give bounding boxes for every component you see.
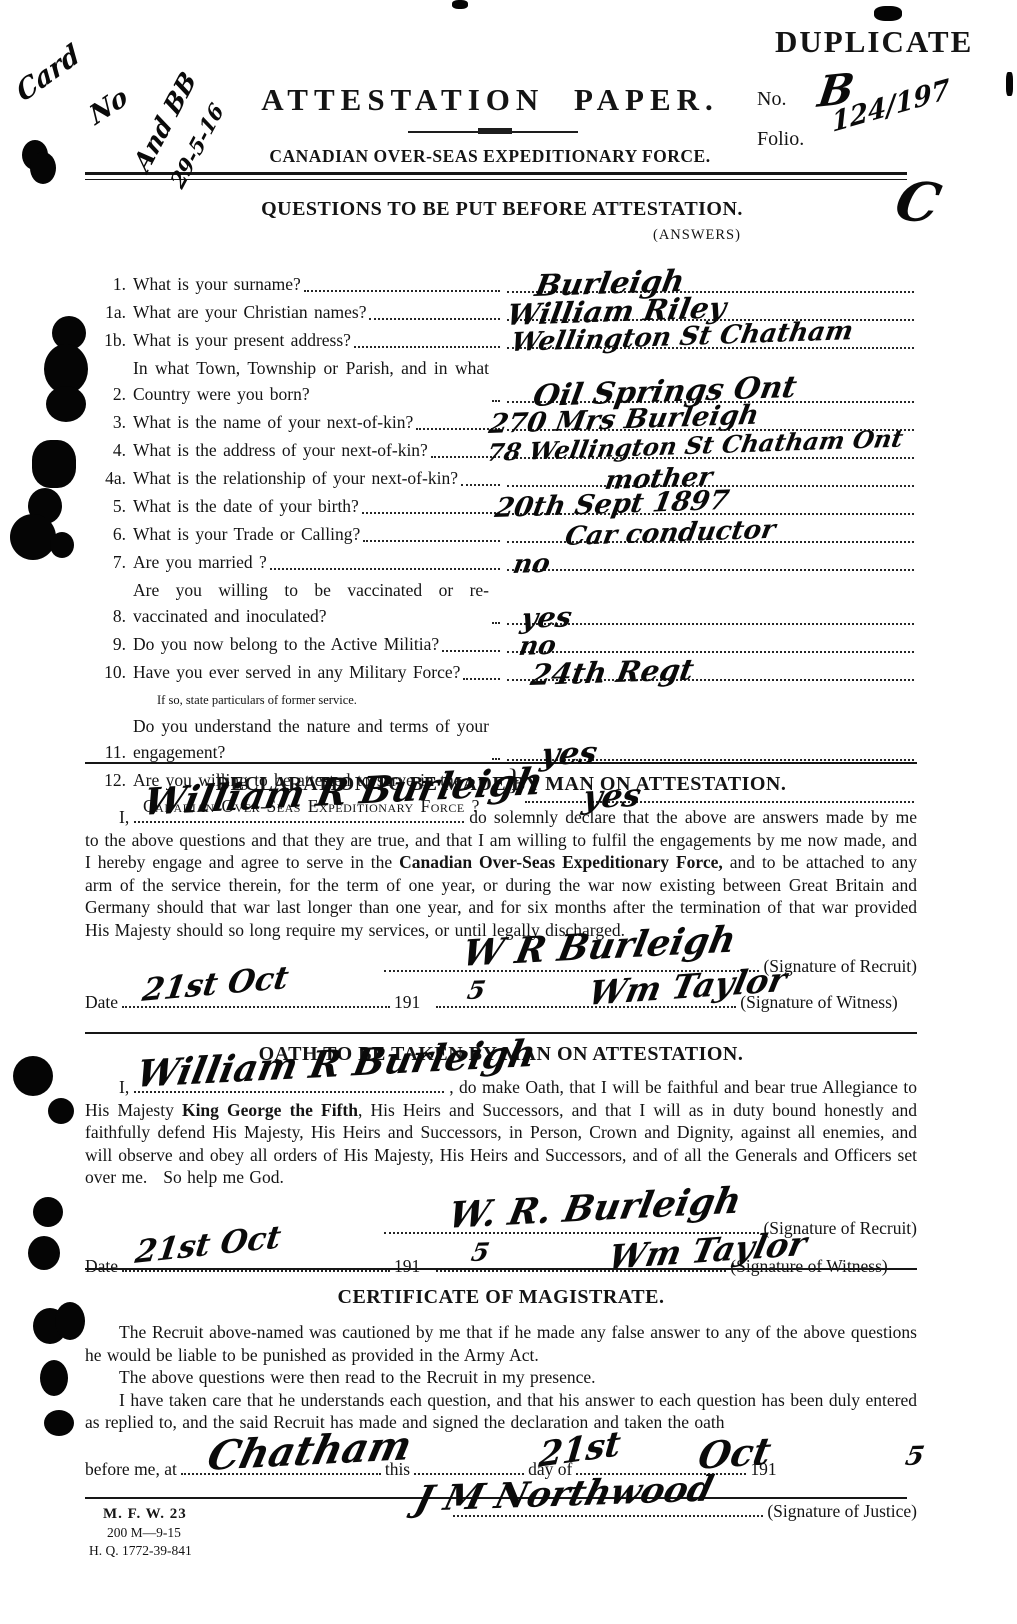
- magistrate-p2: The above questions were then read to th…: [85, 1366, 917, 1389]
- magistrate-section: CERTIFICATE OF MAGISTRATE. The Recruit a…: [85, 1268, 917, 1522]
- print-run-code: 200 M—9-15: [107, 1525, 907, 1541]
- question-number: 6.: [88, 521, 133, 547]
- place-date-row: before me, at this day of 191 Chatham 21…: [85, 1440, 917, 1480]
- year-handwritten: 5: [465, 975, 488, 1005]
- oath-bold: King George the Fifth: [182, 1100, 358, 1120]
- dotted-leader: [492, 400, 500, 402]
- answer-handwritten: no: [517, 633, 558, 660]
- question-number: 5.: [88, 493, 133, 519]
- folio-label: Folio.: [757, 128, 804, 151]
- question-number: 8.: [88, 603, 133, 629]
- magistrate-p1: The Recruit above-named was cautioned by…: [85, 1321, 917, 1366]
- ink-blot: [874, 6, 902, 21]
- hq-code: H. Q. 1772-39-841: [89, 1543, 907, 1559]
- page-title: ATTESTATION PAPER.: [261, 82, 719, 117]
- question-text: What are your Christian names?: [133, 299, 366, 325]
- dotted-leader: [363, 540, 500, 542]
- year-handwritten: 5: [469, 1237, 492, 1267]
- question-text: Do you now belong to the Active Militia?: [133, 631, 439, 657]
- answer-handwritten: Car conductor: [563, 517, 777, 550]
- year-print: 191: [394, 992, 420, 1013]
- title-ornament-bar: [478, 128, 512, 134]
- answer-handwritten: yes: [539, 740, 599, 768]
- question-row: 10. Have you ever served in any Military…: [88, 659, 916, 711]
- question-text: Are you willing to be vaccinated or re-v…: [133, 577, 489, 629]
- ink-blot: [46, 386, 86, 422]
- question-text: What is the date of your birth?: [133, 493, 359, 519]
- ink-blot: [13, 1056, 53, 1096]
- ink-blot: [55, 1302, 85, 1340]
- date-label: Date: [85, 992, 118, 1013]
- question-text: What is the relationship of your next-of…: [133, 465, 458, 491]
- dotted-leader: [461, 484, 500, 486]
- dotted-leader: [354, 346, 500, 348]
- question-row: 6. What is your Trade or Calling? Car co…: [88, 521, 916, 547]
- question-note: If so, state particulars of former servi…: [133, 693, 357, 707]
- date-witness-row: Date 191 21st Oct 5 (Signature of Witnes…: [85, 977, 917, 1013]
- question-row: 9. Do you now belong to the Active Milit…: [88, 631, 916, 657]
- question-text: What is the name of your next-of-kin?: [133, 409, 413, 435]
- year-handwritten: 5: [903, 1441, 927, 1472]
- ink-blot: [10, 514, 56, 560]
- declaration-bold: Canadian Over-Seas Expeditionary Force,: [399, 852, 723, 872]
- oath-so-help: So help me God.: [163, 1167, 284, 1187]
- attestation-paper-page: Card No And BB 29-5-16 DUPLICATE ATTESTA…: [0, 0, 1017, 1624]
- question-number: 3.: [88, 409, 133, 435]
- declaration-pre: I,: [119, 807, 129, 827]
- oath-pre: I,: [119, 1077, 129, 1097]
- dotted-leader: [362, 512, 500, 514]
- dotted-leader: [442, 650, 500, 652]
- question-row: 2. In what Town, Township or Parish, and…: [88, 355, 916, 407]
- question-text: What is your Trade or Calling?: [133, 521, 360, 547]
- margin-note-card: Card: [12, 38, 84, 109]
- answer-handwritten: no: [511, 551, 552, 578]
- page-subtitle: CANADIAN OVER-SEAS EXPEDITIONARY FORCE.: [225, 146, 755, 167]
- before-me-label: before me, at: [85, 1459, 177, 1480]
- question-number: 2.: [88, 381, 133, 407]
- question-text: What is your surname?: [133, 271, 301, 297]
- ink-blot: [32, 440, 76, 488]
- ink-blot: [30, 152, 56, 184]
- ink-blot: [28, 1236, 60, 1270]
- magistrate-heading: CERTIFICATE OF MAGISTRATE.: [85, 1286, 917, 1309]
- question-number: 4.: [88, 437, 133, 463]
- ink-blot: [40, 1360, 68, 1396]
- question-number: 9.: [88, 631, 133, 657]
- answer-handwritten: yes: [581, 782, 643, 810]
- day-line: [414, 1473, 524, 1475]
- questions-rows: 1. What is your surname? Burleigh 1a. Wh…: [88, 271, 916, 819]
- question-number: 10.: [88, 659, 133, 685]
- question-row: 1b. What is your present address? Wellin…: [88, 327, 916, 353]
- answer-handwritten: 24th Regt: [529, 656, 696, 688]
- ink-blot: [44, 1410, 74, 1436]
- question-number: 4a.: [88, 465, 133, 491]
- question-text: Are you married ?: [133, 549, 267, 575]
- question-row: 11. Do you understand the nature and ter…: [88, 713, 916, 765]
- ink-blot: [1006, 72, 1013, 96]
- question-row: 4. What is the address of your next-of-k…: [88, 437, 916, 463]
- duplicate-stamp: DUPLICATE: [775, 24, 973, 60]
- ink-blot: [48, 1098, 74, 1124]
- declaration-body: I,do solemnly declare that the above are…: [85, 806, 917, 941]
- answer-line: [507, 569, 914, 571]
- dotted-leader: [463, 678, 500, 680]
- dotted-leader: [369, 318, 500, 320]
- question-number: 1b.: [88, 327, 133, 353]
- question-number: 7.: [88, 549, 133, 575]
- ink-blot: [452, 0, 468, 9]
- question-number: 1.: [88, 271, 133, 297]
- questions-section: QUESTIONS TO BE PUT BEFORE ATTESTATION. …: [88, 198, 916, 821]
- question-text: What is the address of your next-of-kin?: [133, 437, 428, 463]
- answer-line: [507, 651, 914, 653]
- ink-blot: [33, 1197, 63, 1227]
- ink-blot: [50, 532, 74, 558]
- question-number: 1a.: [88, 299, 133, 325]
- question-text: In what Town, Township or Parish, and in…: [133, 355, 489, 407]
- oath-body: I,, do make Oath, that I will be faithfu…: [85, 1076, 917, 1189]
- dotted-leader: [270, 568, 500, 570]
- answers-label: (ANSWERS): [653, 227, 741, 244]
- question-row: 7. Are you married ? no: [88, 549, 916, 575]
- question-row: 5. What is the date of your birth? 20th …: [88, 493, 916, 519]
- question-text: Do you understand the nature and terms o…: [133, 713, 489, 765]
- answer-handwritten: yes: [519, 604, 574, 632]
- oath-section: OATH TO BE TAKEN BY MAN ON ATTESTATION. …: [85, 1032, 917, 1277]
- dotted-leader: [492, 758, 500, 760]
- magistrate-p3: I have taken care that he understands ea…: [85, 1389, 917, 1434]
- question-row: 4a. What is the relationship of your nex…: [88, 465, 916, 491]
- margin-note-no: No: [86, 81, 132, 132]
- questions-heading: QUESTIONS TO BE PUT BEFORE ATTESTATION.: [88, 198, 916, 221]
- no-label: No.: [757, 88, 786, 111]
- question-text: What is your present address?: [133, 327, 351, 353]
- declaration-section: DECLARATION TO BE MADE BY MAN ON ATTESTA…: [85, 762, 917, 1013]
- dotted-leader: [492, 622, 500, 624]
- dotted-leader: [304, 290, 500, 292]
- question-text: Have you ever served in any Military For…: [133, 659, 460, 685]
- question-row: 1. What is your surname? Burleigh: [88, 271, 916, 297]
- question-row: 8. Are you willing to be vaccinated or r…: [88, 577, 916, 629]
- header-rule: [85, 172, 907, 180]
